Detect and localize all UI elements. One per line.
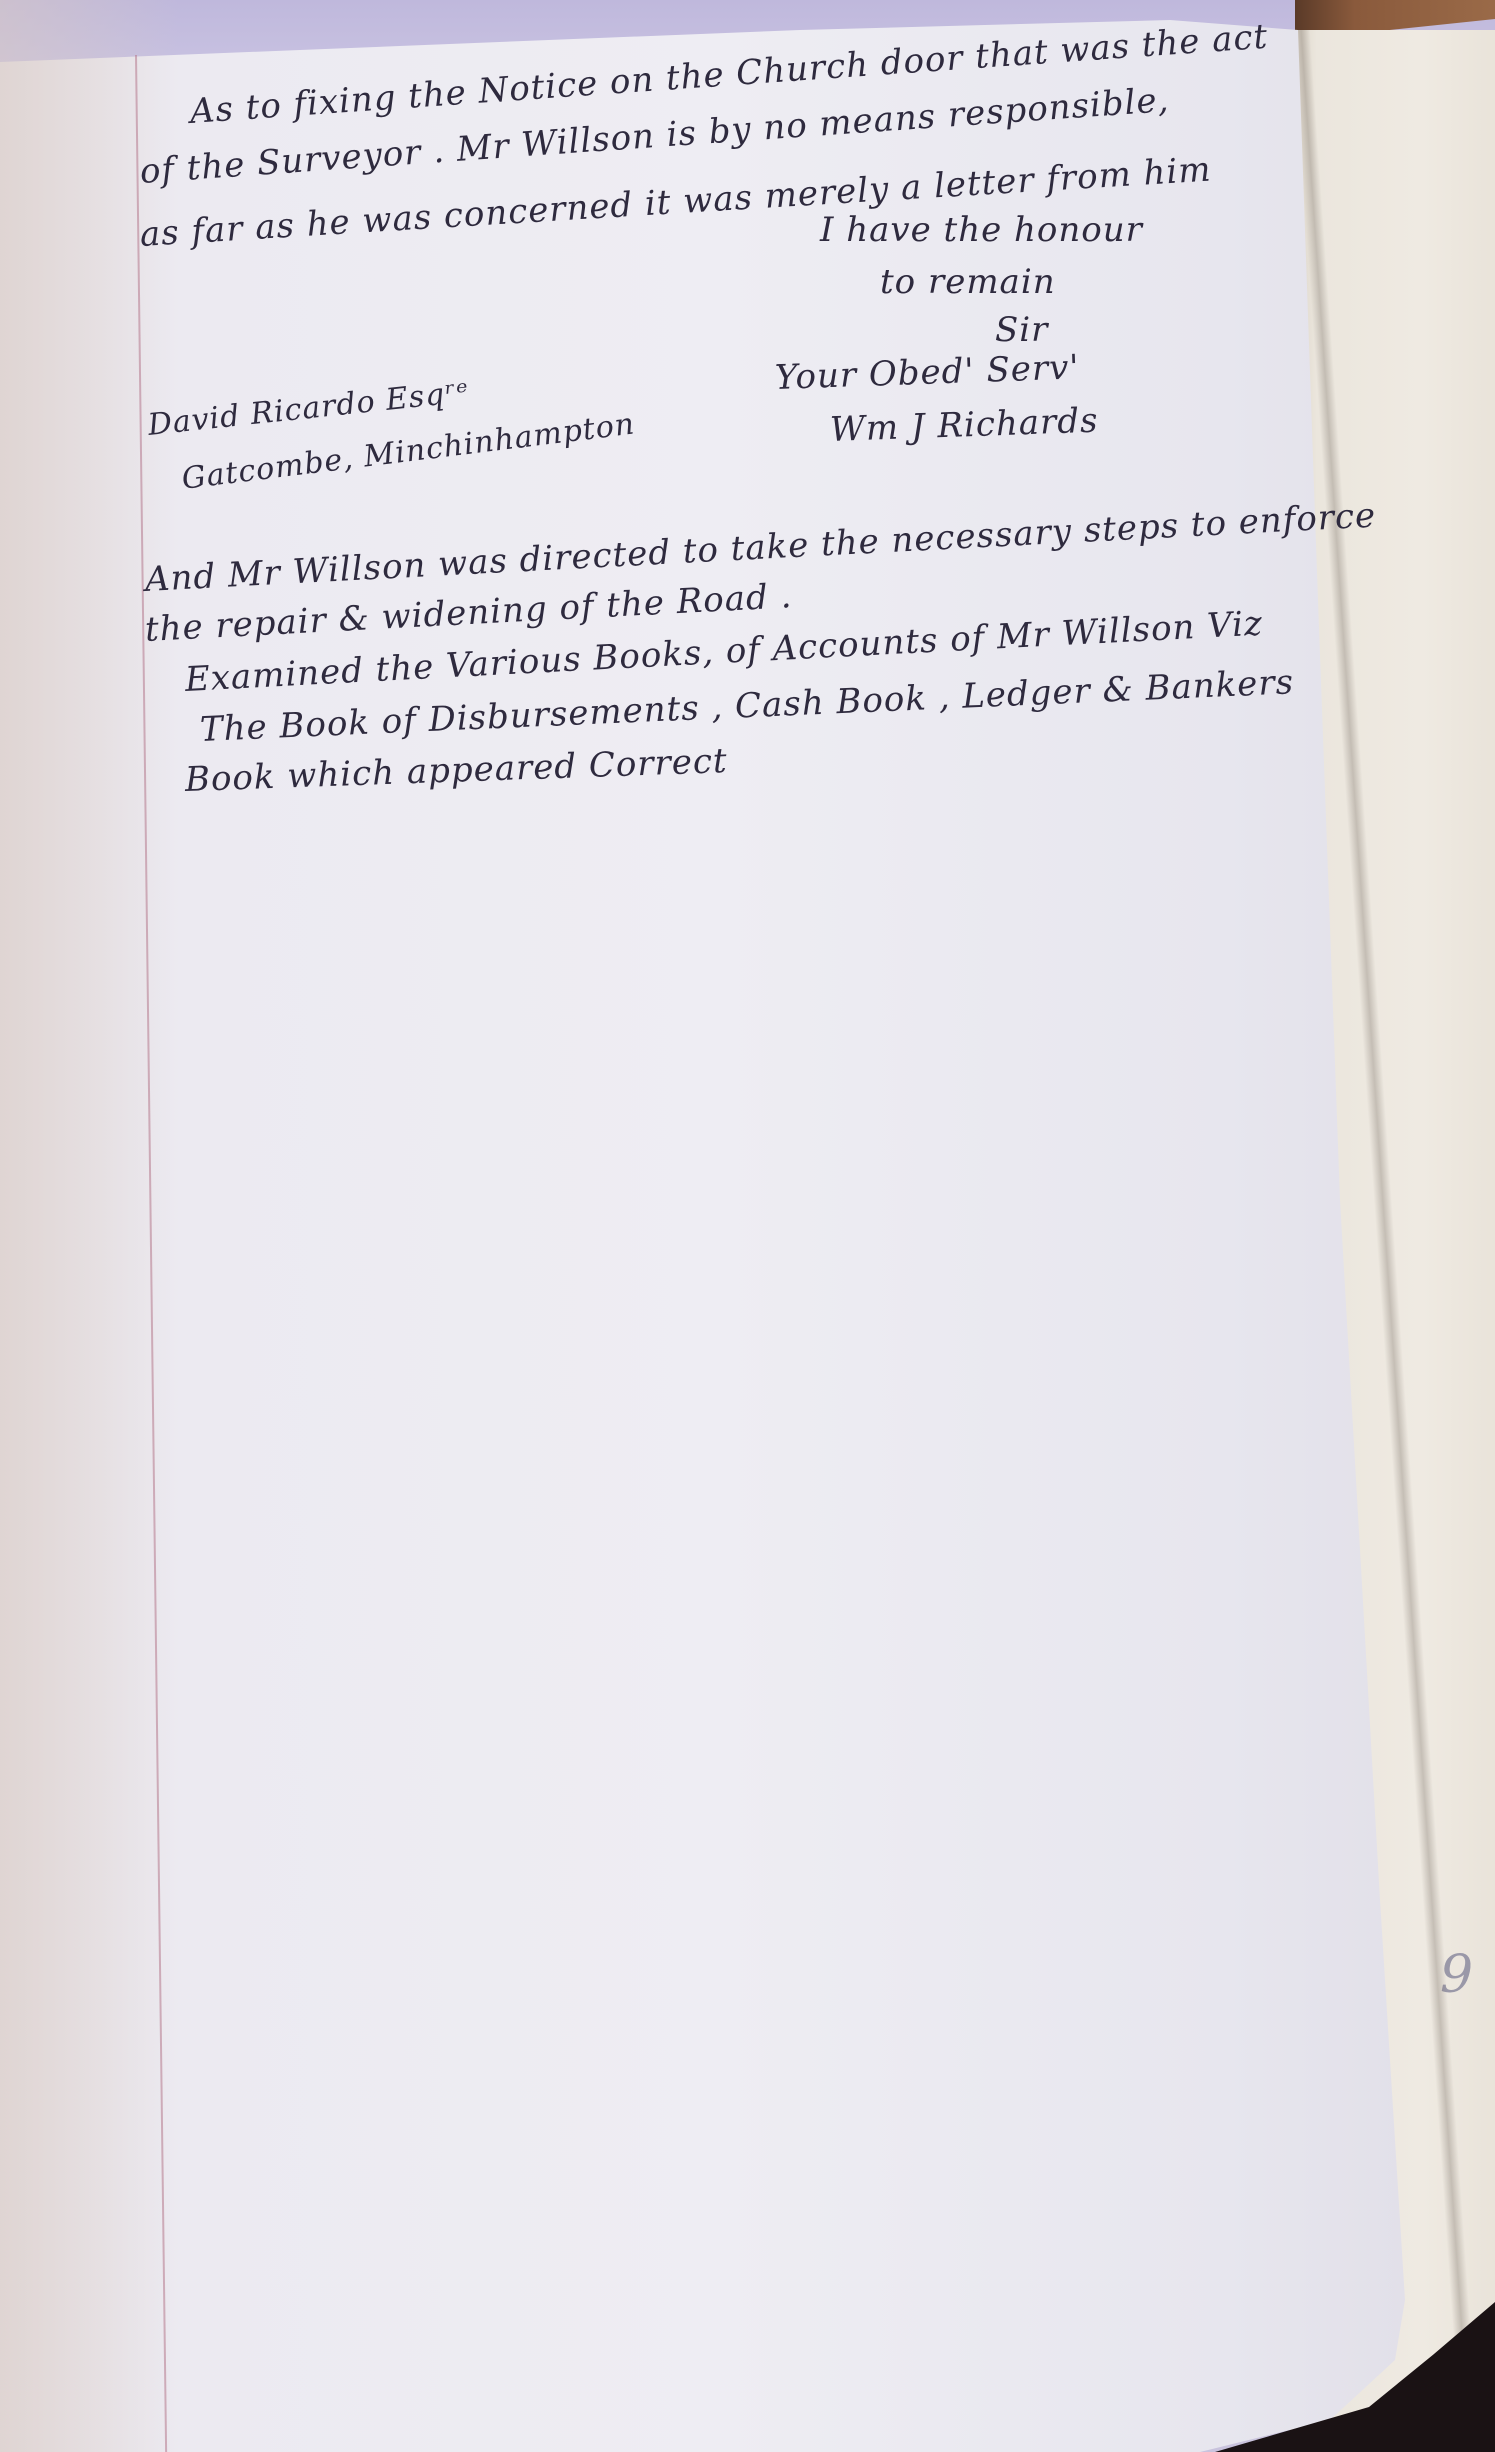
closing-line-sir: Sir	[995, 310, 1048, 350]
closing-line-remain: to remain	[880, 262, 1056, 302]
ledger-page	[0, 0, 1440, 2452]
closing-line-honour: I have the honour	[820, 210, 1143, 250]
